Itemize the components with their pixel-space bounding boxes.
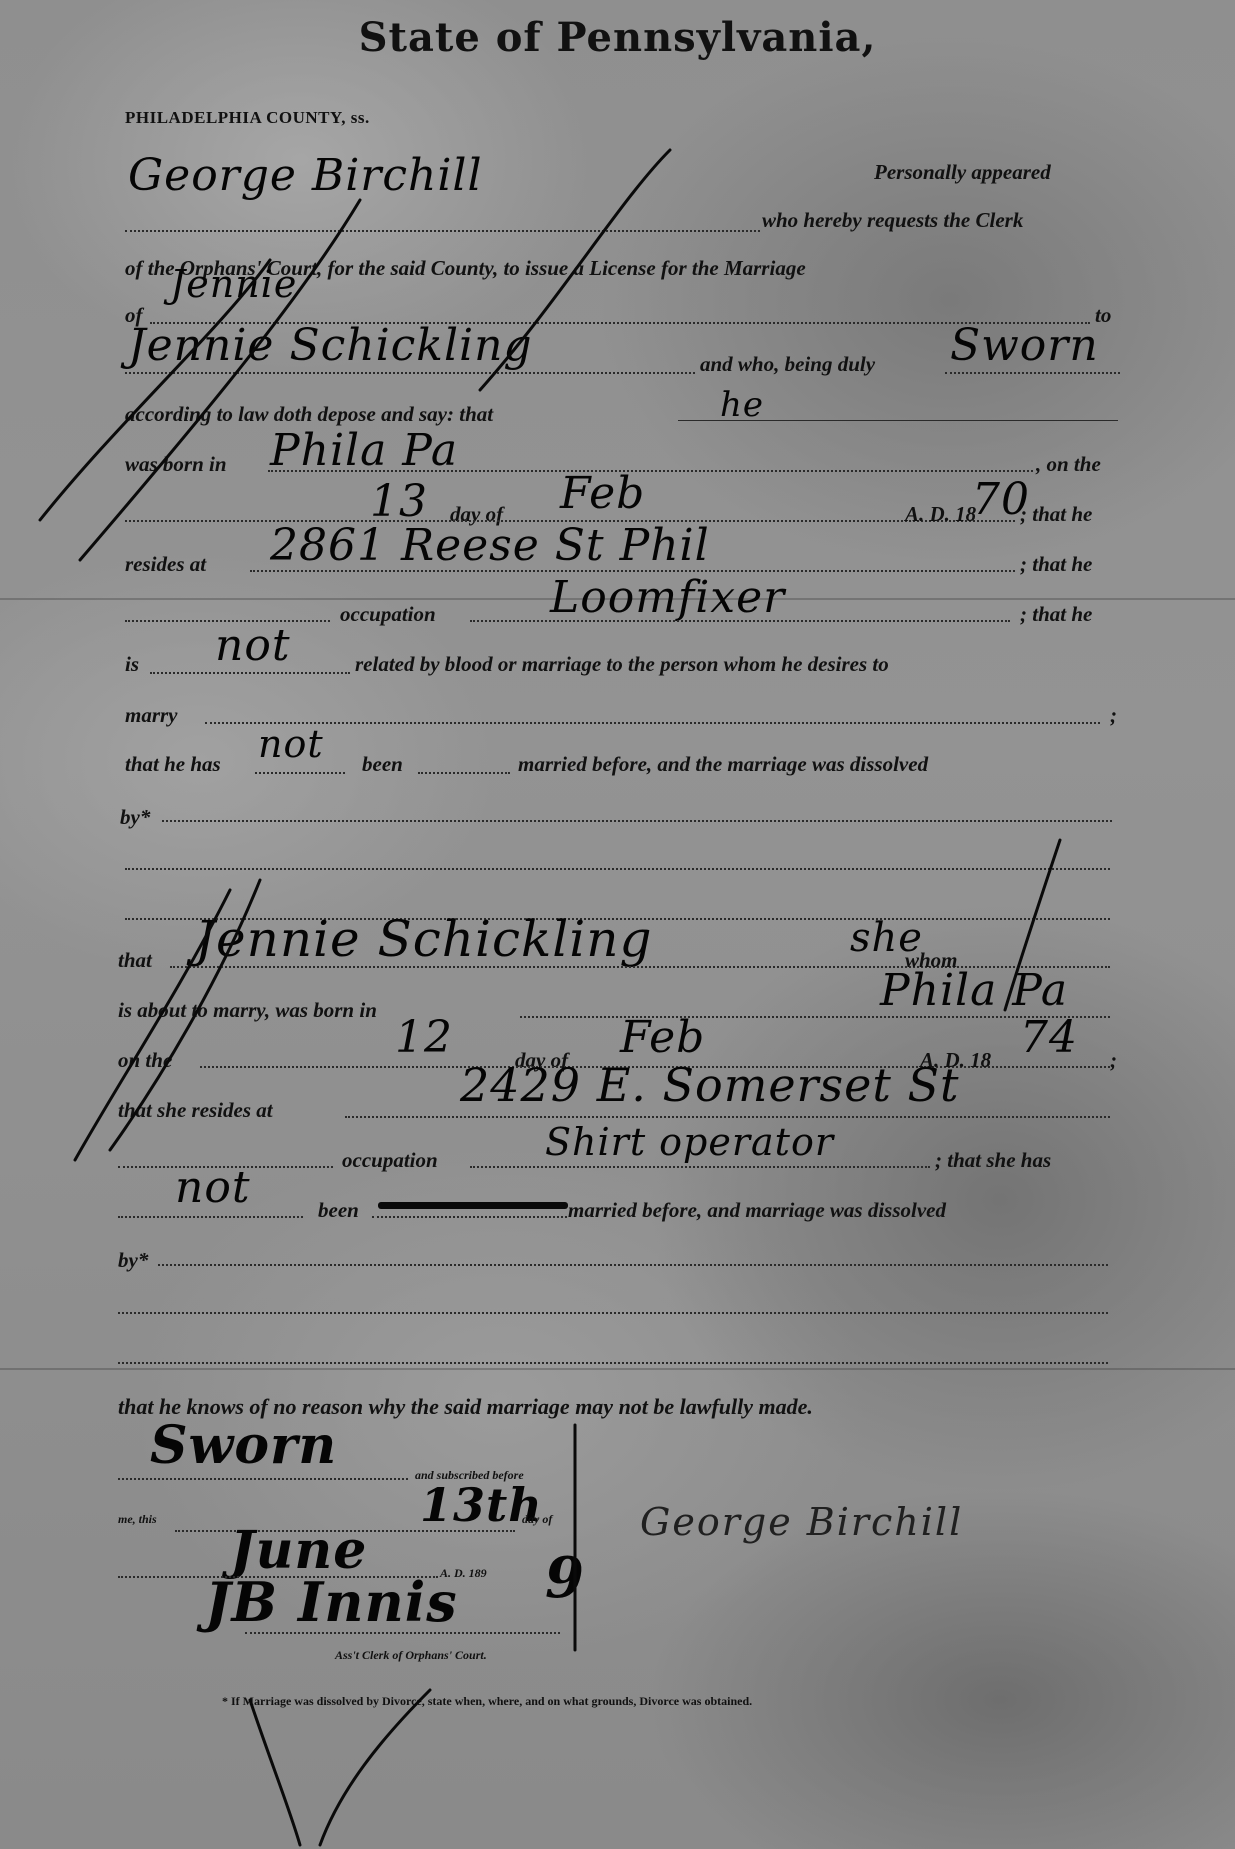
document-page: State of Pennsylvania, PHILADELPHIA COUN… xyxy=(0,0,1235,1849)
handwriting-flourishes xyxy=(0,0,1235,1849)
